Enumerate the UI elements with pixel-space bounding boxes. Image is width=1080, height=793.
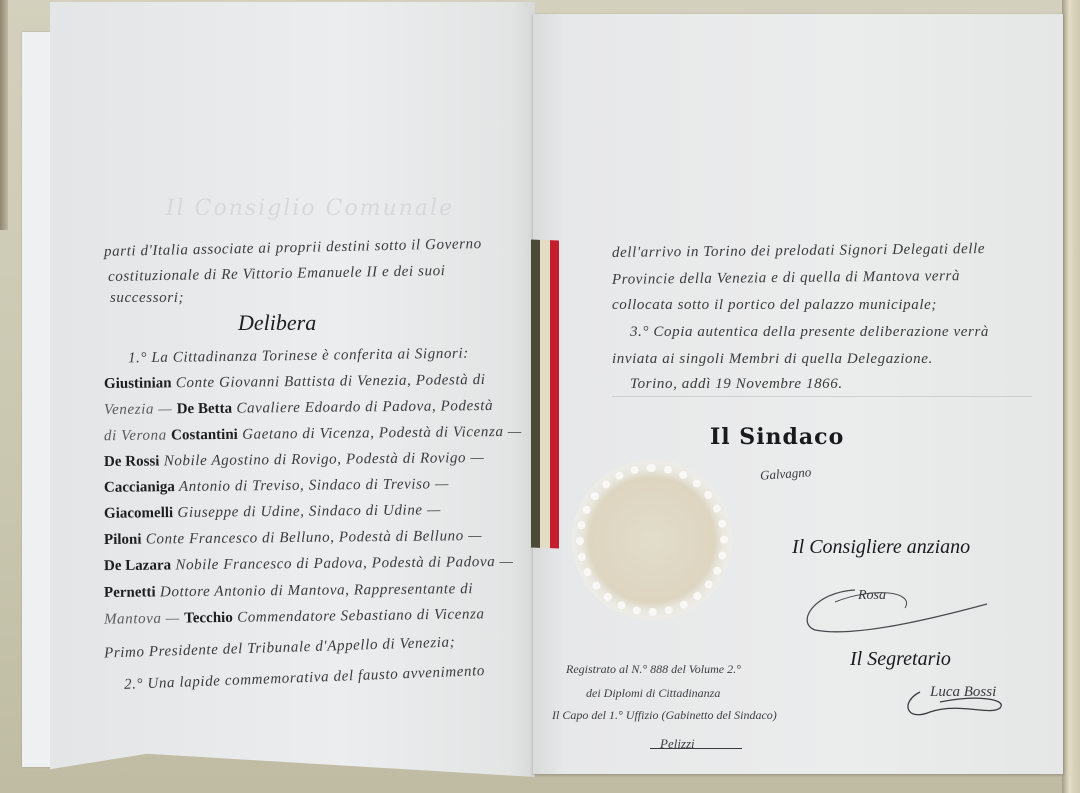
registration-signature: Pelizzi	[660, 736, 695, 752]
signature-underline	[650, 748, 742, 749]
ruled-line	[612, 396, 1032, 397]
recipient-desc: Commendatore Sebastiano di Vicenza	[237, 606, 485, 625]
left-line-3: successori;	[110, 290, 184, 307]
recipient-name: Caccianiga	[104, 479, 175, 496]
recipient-name: Giacomelli	[104, 505, 173, 522]
right-line-2: Provincie della Venezia e di quella di M…	[612, 268, 960, 289]
bleed-through-heading: Il Consiglio Comunale	[130, 196, 490, 221]
recipient-desc: Nobile Francesco di Padova, Podestà di P…	[175, 554, 513, 574]
recipient-name: De Lazara	[104, 557, 171, 574]
recipient-prefix: di Verona	[104, 428, 167, 445]
recipient-desc: Cavaliere Edoardo di Padova, Podestà	[236, 398, 493, 417]
consigliere-flourish-icon	[795, 582, 995, 642]
recipient-row: Giacomelli Giuseppe di Udine, Sindaco di…	[104, 502, 441, 523]
consigliere-signature: Rosa	[858, 588, 886, 604]
frame-edge-left	[0, 0, 8, 230]
recipient-desc: Dottore Antonio di Mantova, Rappresentan…	[160, 581, 473, 600]
place-date: Torino, addì 19 Novembre 1866.	[630, 376, 843, 393]
recipient-row: Caccianiga Antonio di Treviso, Sindaco d…	[104, 476, 449, 497]
recipient-desc: Giuseppe di Udine, Sindaco di Udine —	[177, 502, 441, 521]
right-page	[533, 14, 1063, 774]
registration-line-1: Registrato al N.° 888 del Volume 2.°	[566, 662, 741, 677]
right-line-3: collocata sotto il portico del palazzo m…	[612, 297, 937, 314]
frame-edge-right	[1062, 0, 1080, 793]
recipient-desc: Conte Giovanni Battista di Venezia, Pode…	[176, 372, 486, 391]
recipient-desc: Conte Francesco di Belluno, Podestà di B…	[146, 528, 482, 548]
recipient-desc: Antonio di Treviso, Sindaco di Treviso —	[179, 476, 449, 495]
recipient-name: Tecchio	[184, 610, 233, 627]
recipient-desc: Gaetano di Vicenza, Podestà di Vicenza —	[242, 424, 522, 443]
ribbon-stripe-white	[540, 240, 549, 548]
segretario-title: Il Segretario	[850, 648, 951, 671]
right-line-5: inviata ai singoli Membri di quella Dele…	[612, 351, 933, 368]
paper-seal	[572, 460, 732, 620]
recipient-name: De Betta	[177, 401, 233, 418]
recipient-name: Pernetti	[104, 584, 156, 601]
recipient-name: De Rossi	[104, 453, 160, 470]
right-line-4: 3.° Copia autentica della presente delib…	[630, 324, 989, 341]
ribbon-stripe-red	[550, 240, 559, 548]
delibera-heading: Delibera	[238, 310, 316, 336]
segretario-signature: Luca Bossi	[930, 684, 996, 701]
recipient-prefix: Mantova —	[104, 611, 180, 628]
recipient-name: Giustinian	[104, 375, 172, 392]
sindaco-title: Il Sindaco	[710, 424, 844, 450]
tricolor-ribbon	[531, 240, 559, 549]
consigliere-title: Il Consigliere anziano	[792, 536, 970, 559]
registration-line-3: Il Capo del 1.° Uffizio (Gabinetto del S…	[552, 708, 777, 723]
recipient-name: Piloni	[104, 532, 142, 548]
recipient-prefix: Venezia —	[104, 401, 172, 418]
ribbon-stripe-green	[531, 240, 540, 548]
registration-line-2: dei Diplomi di Cittadinanza	[586, 686, 720, 701]
recipient-name: Costantini	[171, 427, 238, 444]
recipient-desc: Nobile Agostino di Rovigo, Podestà di Ro…	[164, 450, 485, 469]
